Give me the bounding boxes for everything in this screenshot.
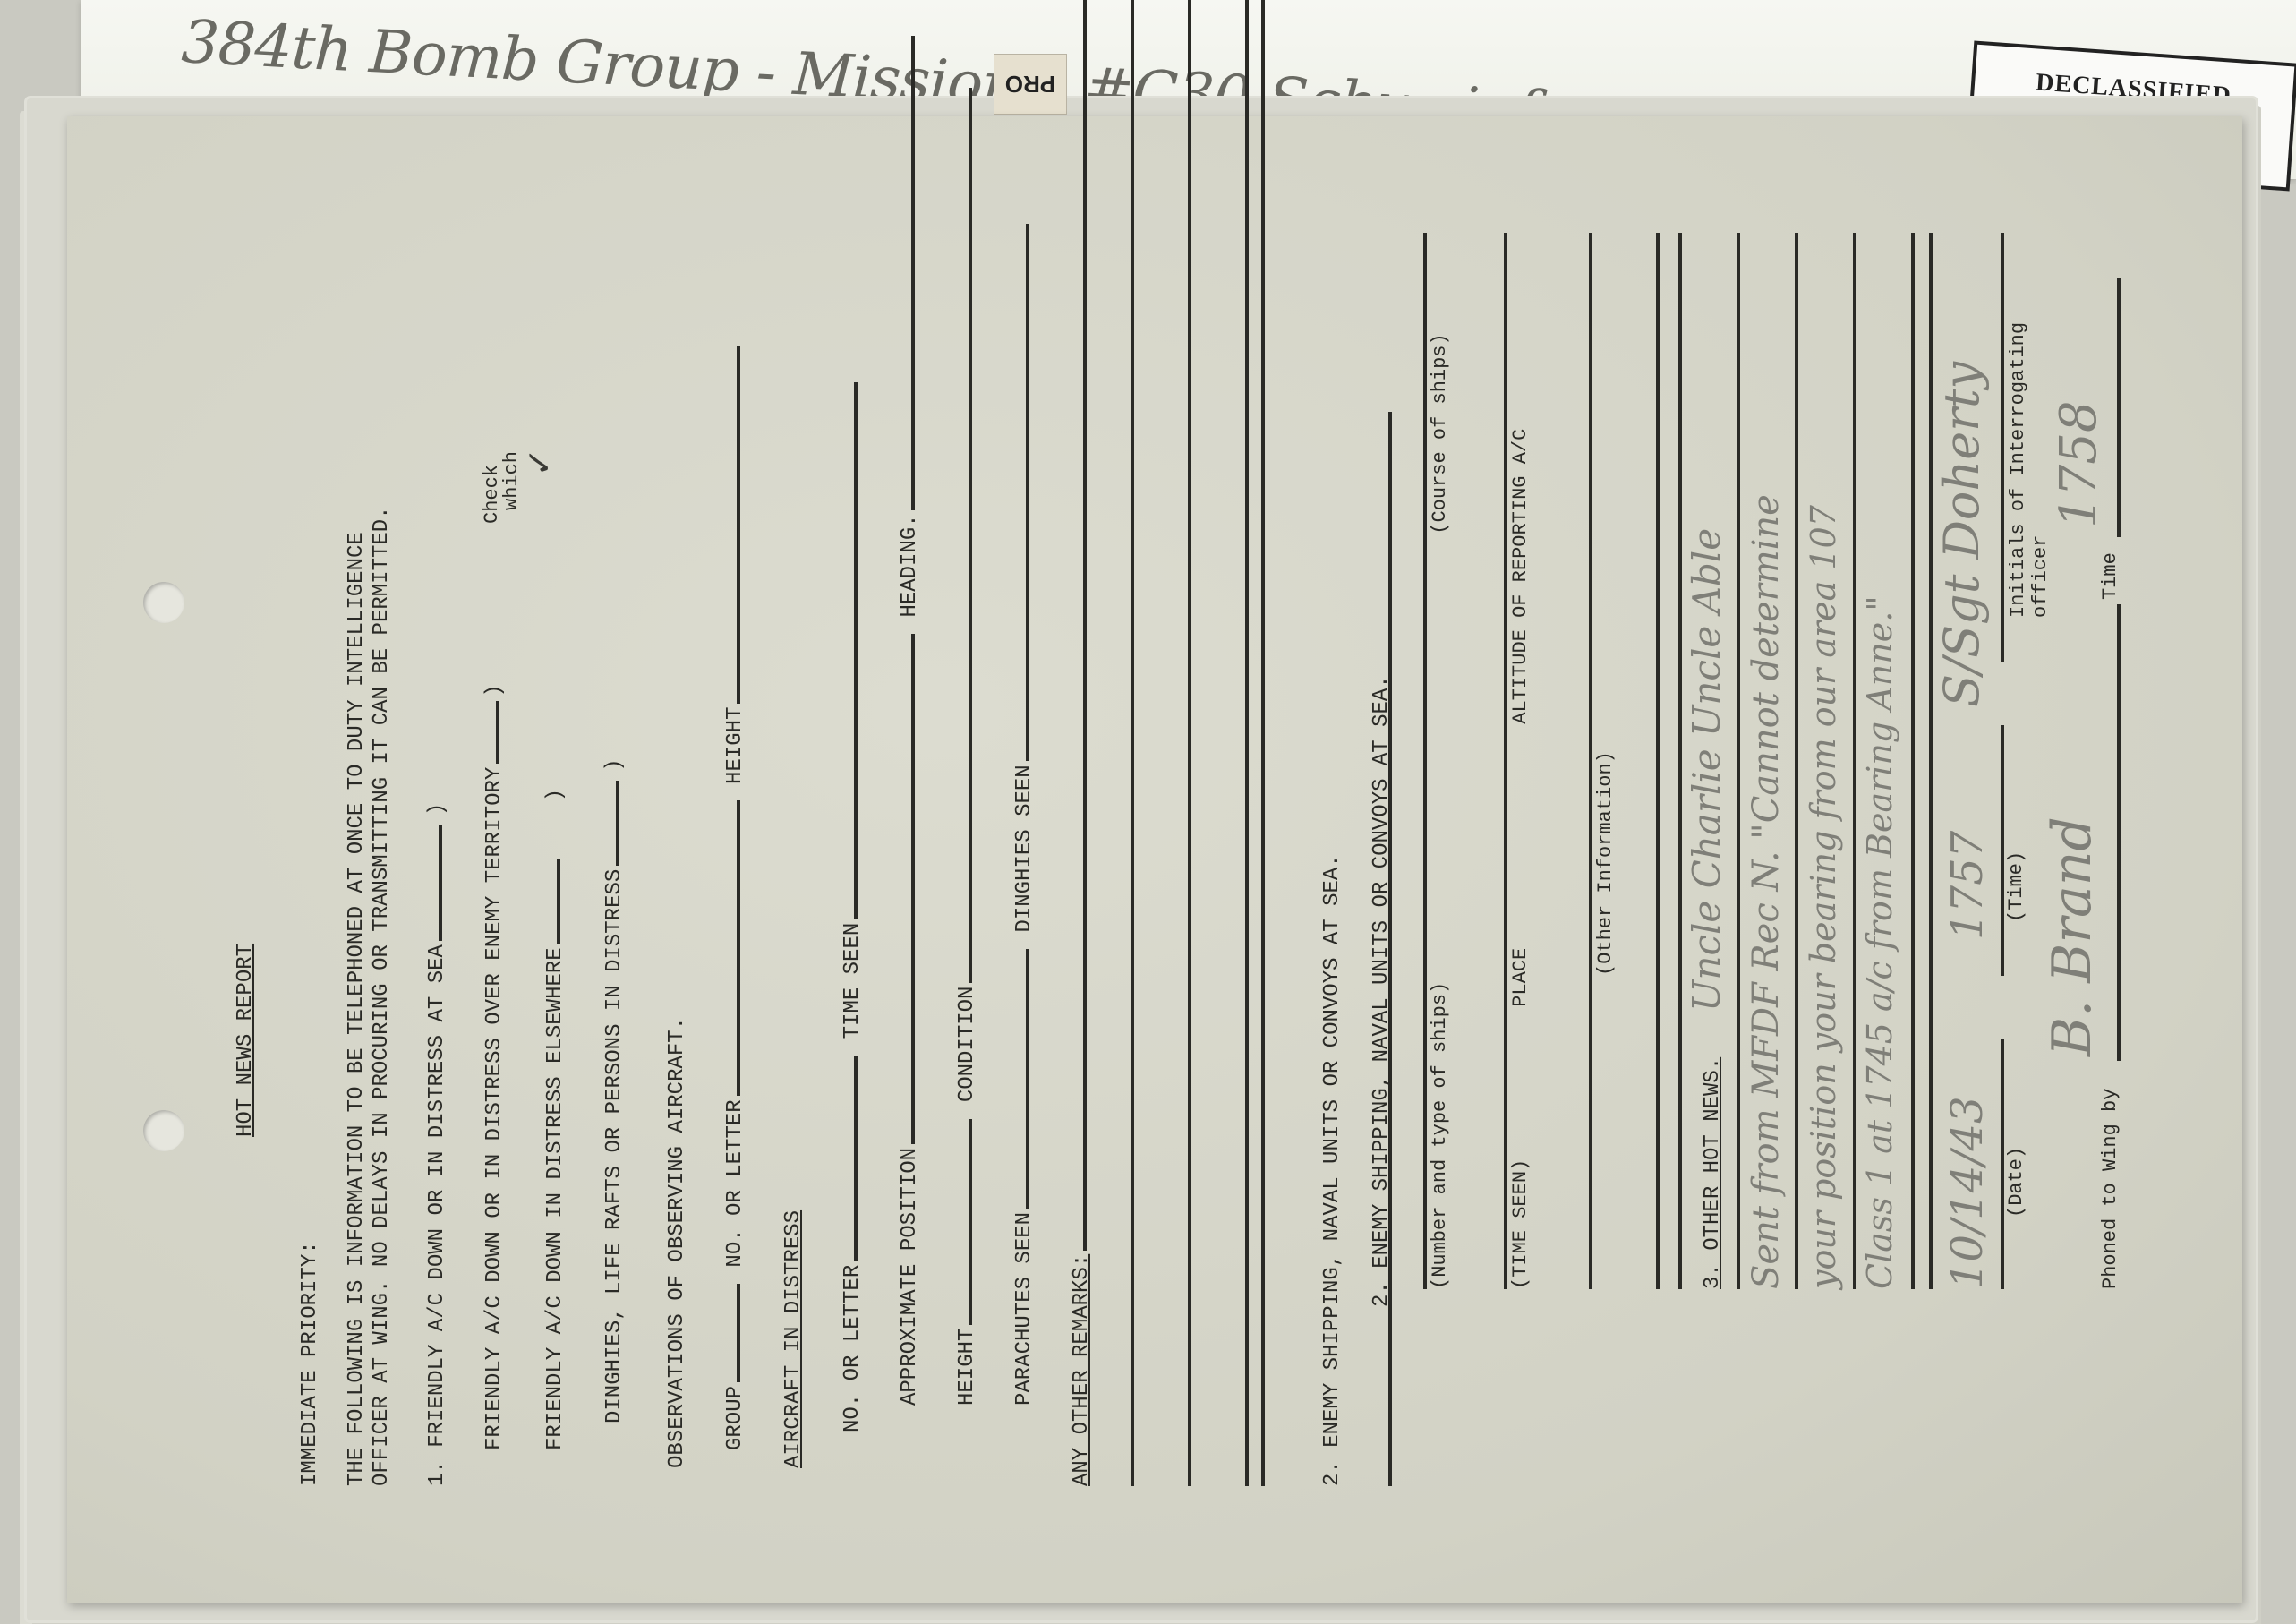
phoned-line — [2117, 604, 2121, 1061]
form-lower-section: 2. ENEMY SHIPPING, NAVAL UNITS OR CONVOY… — [1370, 242, 2175, 1513]
phoned-time-value: 1758 — [2050, 400, 2108, 528]
section2-line-5 — [1678, 233, 1682, 1289]
time-label: (Time) — [2005, 851, 2027, 922]
section2-heading: 2. ENEMY SHIPPING, NAVAL UNITS OR CONVOY… — [1322, 854, 1344, 1486]
date-value: 10/14/43 — [1942, 1096, 1993, 1289]
phoned-time-label: Time — [2099, 552, 2121, 600]
section2-line-4 — [1656, 233, 1660, 1289]
phoned-time-line — [2117, 278, 2121, 537]
initials-value: S/Sgt Doherty — [1933, 362, 1990, 707]
section3-line-1 — [1737, 233, 1740, 1289]
section3-heading: 3. OTHER HOT NEWS. — [1701, 1057, 1725, 1289]
punch-hole — [143, 1110, 184, 1151]
section3-line-5 — [1929, 233, 1933, 1289]
hot-news-handwritten-3: your position your bearing from our area… — [1804, 505, 1843, 1289]
time-value: 1757 — [1942, 831, 1993, 940]
tab-pro[interactable]: PRO — [994, 54, 1067, 115]
phoned-value: B. Brand — [2041, 816, 2104, 1056]
phoned-label: Phoned to Wing by — [2099, 1089, 2121, 1289]
hot-news-handwritten-2: Sent from MFDF Rec N. "Cannot determine — [1745, 494, 1787, 1289]
section2-heading: 2. ENEMY SHIPPING, NAVAL UNITS OR CONVOY… — [1370, 675, 1394, 1307]
hot-news-handwritten-1: Uncle Charlie Uncle Able — [1685, 528, 1728, 1012]
section2-line-2 — [1504, 233, 1507, 1289]
section3-line-4 — [1911, 233, 1915, 1289]
section3-line-3 — [1853, 233, 1856, 1289]
section2-caption-1: (Number and type of ships)(Course of shi… — [1429, 333, 1451, 1289]
hot-news-handwritten-4: Class 1 at 1745 a/c from Bearing Anne." — [1860, 595, 1899, 1289]
section2-caption-2: (TIME SEEN)PLACEALTITUDE OF REPORTING A/… — [1509, 429, 1532, 1289]
initials-label: Initials of Interrogating officer — [2007, 242, 2052, 618]
section2-caption-3: (Other Information) — [1594, 751, 1617, 976]
time-line — [2001, 725, 2004, 976]
section2-line-1 — [1423, 233, 1427, 1289]
section3-line-2 — [1795, 233, 1798, 1289]
date-line — [2001, 1039, 2004, 1289]
section2-line-3 — [1589, 233, 1592, 1289]
punch-hole — [143, 582, 184, 623]
date-label: (Date) — [2005, 1147, 2027, 1218]
initials-line — [2001, 233, 2004, 662]
